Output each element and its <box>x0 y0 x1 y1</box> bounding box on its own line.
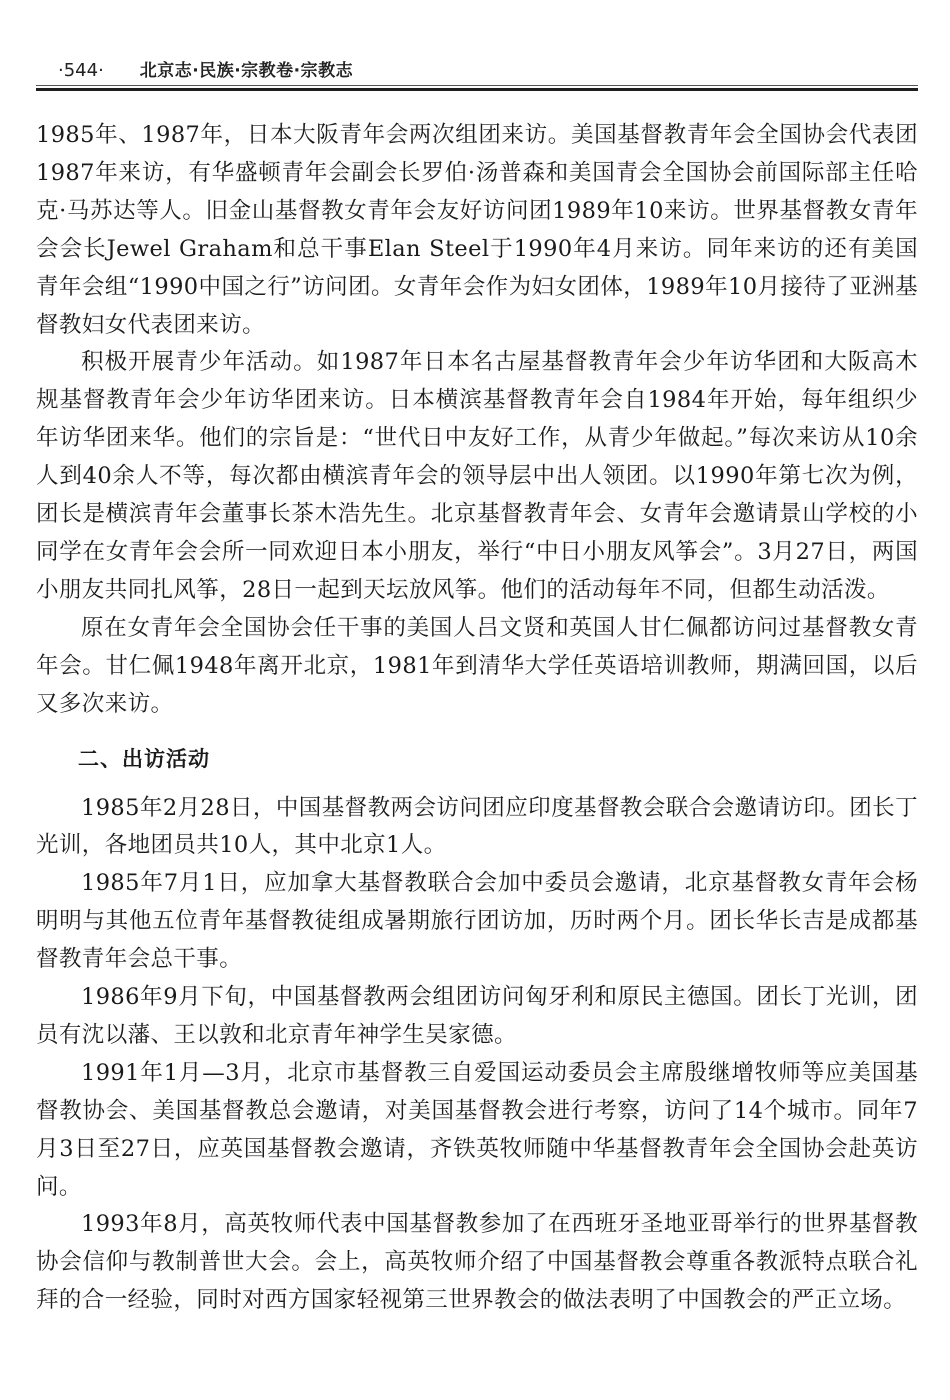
paragraph: 1985年2月28日，中国基督教两会访问团应印度基督教会联合会邀请访印。团长丁光… <box>36 790 918 866</box>
paragraph: 原在女青年会全国协会任干事的美国人吕文贤和英国人甘仁佩都访问过基督教女青年会。甘… <box>36 610 918 724</box>
page-number: ·544· <box>58 60 104 81</box>
book-page: ·544· 北京志·民族·宗教卷·宗教志 1985年、1987年，日本大阪青年会… <box>0 0 950 1400</box>
paragraph: 1991年1月—3月，北京市基督教三自爱国运动委员会主席殷继增牧师等应美国基督教… <box>36 1055 918 1207</box>
section-heading: 二、出访活动 <box>36 740 918 778</box>
paragraph: 1985年7月1日，应加拿大基督教联合会加中委员会邀请，北京基督教女青年会杨明明… <box>36 865 918 979</box>
header-rule-thick <box>36 88 918 91</box>
paragraph: 1993年8月，高英牧师代表中国基督教参加了在西班牙圣地亚哥举行的世界基督教协会… <box>36 1206 918 1320</box>
book-title: 北京志·民族·宗教卷·宗教志 <box>140 56 353 81</box>
body-text: 1985年、1987年，日本大阪青年会两次组团来访。美国基督教青年会全国协会代表… <box>36 117 918 1320</box>
paragraph: 1986年9月下旬，中国基督教两会组团访问匈牙利和原民主德国。团长丁光训，团员有… <box>36 979 918 1055</box>
paragraph: 1985年、1987年，日本大阪青年会两次组团来访。美国基督教青年会全国协会代表… <box>36 117 918 344</box>
header-rule-thin <box>36 85 918 86</box>
running-head: ·544· 北京志·民族·宗教卷·宗教志 <box>36 56 916 86</box>
paragraph: 积极开展青少年活动。如1987年日本名古屋基督教青年会少年访华团和大阪高木规基督… <box>36 344 918 609</box>
